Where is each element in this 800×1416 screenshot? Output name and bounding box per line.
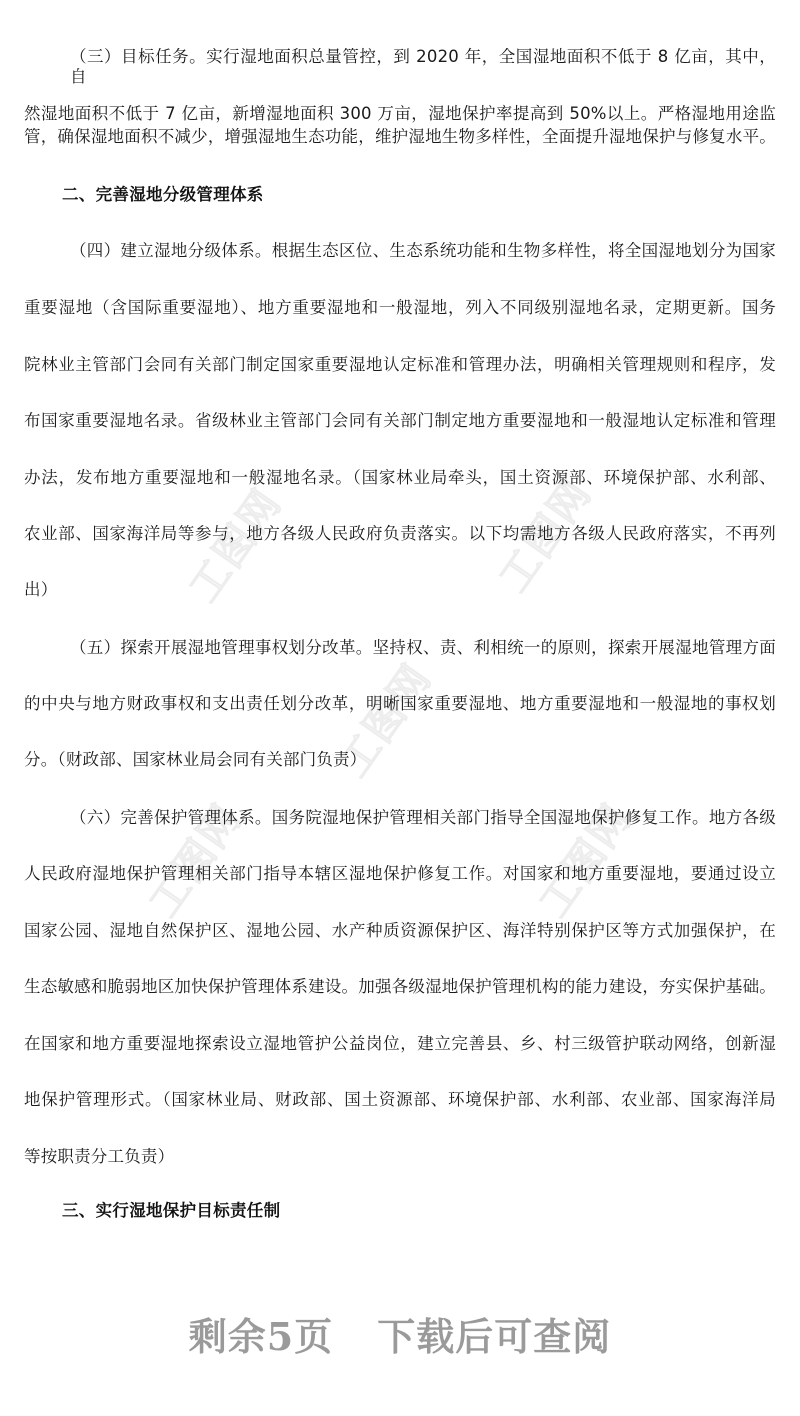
download-hint-label: 下载后可查阅 bbox=[377, 1314, 611, 1359]
section-4-line-4: 布国家重要湿地名录。省级林业主管部门会同有关部门制定地方重要湿地和一般湿地认定标… bbox=[24, 411, 776, 431]
paragraph-3-line-2: 然湿地面积不低于 7 亿亩，新增湿地面积 300 万亩，湿地保护率提高到 50%… bbox=[24, 104, 776, 124]
section-4-line-5: 办法，发布地方重要湿地和一般湿地名录。（国家林业局牵头，国土资源部、环境保护部、… bbox=[24, 468, 776, 488]
section-5-line-1: （五）探索开展湿地管理事权划分改革。坚持权、责、利相统一的原则，探索开展湿地管理… bbox=[70, 638, 776, 658]
section-6-line-1: （六）完善保护管理体系。国务院湿地保护管理相关部门指导全国湿地保护修复工作。地方… bbox=[70, 808, 776, 828]
section-5-line-2: 的中央与地方财政事权和支出责任划分改革，明晰国家重要湿地、地方重要湿地和一般湿地… bbox=[24, 694, 776, 714]
section-4-line-6: 农业部、国家海洋局等参与，地方各级人民政府负责落实。以下均需地方各级人民政府落实… bbox=[24, 524, 776, 544]
section-6-line-6: 地保护管理形式。（国家林业局、财政部、国土资源部、环境保护部、水利部、农业部、国… bbox=[24, 1090, 776, 1110]
section-heading-3: 三、实行湿地保护目标责任制 bbox=[62, 1201, 280, 1221]
section-4-line-7: 出） bbox=[24, 580, 776, 600]
section-4-line-2: 重要湿地（含国际重要湿地）、地方重要湿地和一般湿地，列入不同级别湿地名录，定期更… bbox=[24, 298, 776, 318]
section-6-line-7: 等按职责分工负责） bbox=[24, 1147, 776, 1167]
section-6-line-5: 在国家和地方重要湿地探索设立湿地管护公益岗位，建立完善县、乡、村三级管护联动网络… bbox=[24, 1034, 776, 1054]
section-4-line-3: 院林业主管部门会同有关部门制定国家重要湿地认定标准和管理办法，明确相关管理规则和… bbox=[24, 355, 776, 375]
section-6-line-2: 人民政府湿地保护管理相关部门指导本辖区湿地保护修复工作。对国家和地方重要湿地，要… bbox=[24, 864, 776, 884]
section-5-line-3: 分。（财政部、国家林业局会同有关部门负责） bbox=[24, 750, 776, 770]
document-page: （三）目标任务。实行湿地面积总量管控，到 2020 年，全国湿地面积不低于 8 … bbox=[0, 0, 800, 1416]
section-heading-2: 二、完善湿地分级管理体系 bbox=[62, 185, 264, 205]
section-6-line-3: 国家公园、湿地自然保护区、湿地公园、水产种质资源保护区、海洋特别保护区等方式加强… bbox=[24, 921, 776, 941]
section-6-line-4: 生态敏感和脆弱地区加快保护管理体系建设。加强各级湿地保护管理机构的能力建设，夯实… bbox=[24, 977, 776, 997]
section-4-line-1: （四）建立湿地分级体系。根据生态区位、生态系统功能和生物多样性，将全国湿地划分为… bbox=[70, 241, 776, 261]
remaining-pages-banner[interactable]: 剩余5页下载后可查阅 bbox=[0, 1312, 800, 1362]
paragraph-3-line-3: 管，确保湿地面积不减少，增强湿地生态功能，维护湿地生物多样性，全面提升湿地保护与… bbox=[24, 127, 776, 147]
paragraph-3-line-1: （三）目标任务。实行湿地面积总量管控，到 2020 年，全国湿地面积不低于 8 … bbox=[70, 47, 776, 87]
remaining-pages-label: 剩余5页 bbox=[189, 1314, 333, 1359]
